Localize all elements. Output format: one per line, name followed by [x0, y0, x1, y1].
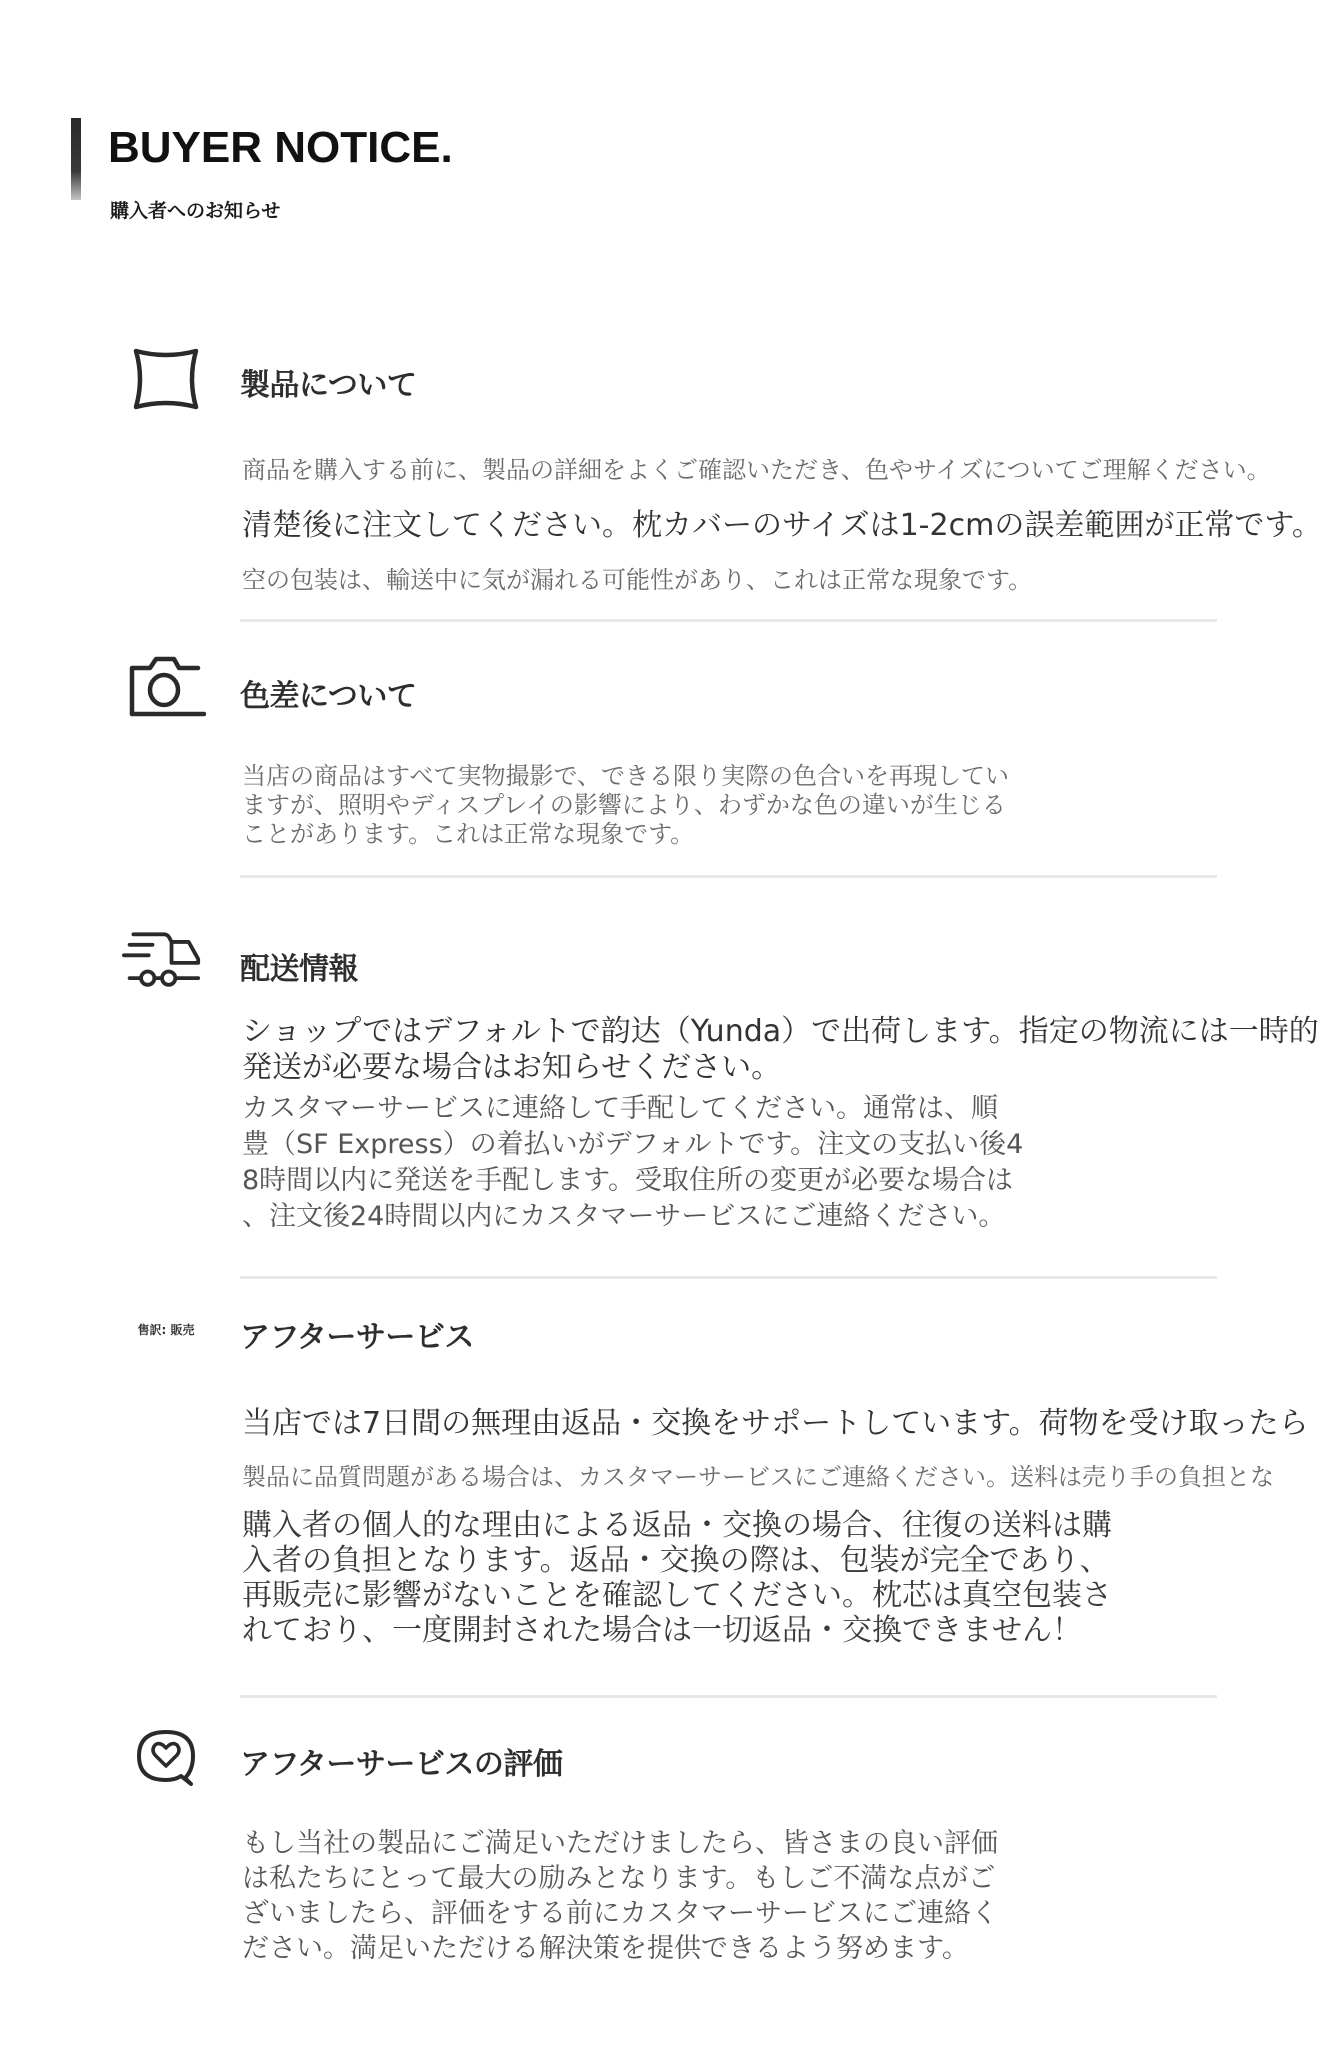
shipping-note-line-2: 豊（SF Express）の着払いがデフォルトです。注文の支払い後4: [242, 1127, 1023, 1162]
review-note-line-3: ざいましたら、評価をする前にカスタマーサービスにご連絡く: [242, 1896, 998, 1931]
section-title-shipping: 配送情報: [240, 944, 358, 988]
section-title-review: アフターサービスの評価: [240, 1739, 562, 1783]
after-sales-note-large: 当店では7日間の無理由返品・交換をサポートしています。荷物を受け取ったら: [242, 1398, 1309, 1442]
after-sales-icon: 售訳: 販売: [126, 1294, 206, 1364]
section-divider: [240, 875, 1217, 878]
shipping-note-large-2: 発送が必要な場合はお知らせください。: [242, 1050, 781, 1085]
page-title: BUYER NOTICE.: [108, 122, 453, 174]
section-divider: [240, 619, 1217, 622]
delivery-truck-icon: [122, 926, 202, 996]
section-title-after-sales: アフターサービス: [240, 1312, 474, 1356]
header-accent-bar: [71, 118, 81, 200]
section-divider: [240, 1276, 1217, 1279]
shipping-note-large-1: ショップではデフォルトで韵达（Yunda）で出荷します。指定の物流には一時的: [242, 1014, 1319, 1049]
after-sales-note-line-3: 再販売に影響がないことを確認してください。枕芯は真空包装さ: [242, 1578, 1112, 1613]
after-sales-note-small: 製品に品質問題がある場合は、カスタマーサービスにご連絡ください。送料は売り手の負…: [242, 1457, 1274, 1492]
section-divider: [240, 1695, 1217, 1698]
pillow-icon: [126, 344, 206, 414]
section-title-product: 製品について: [240, 360, 416, 404]
section-title-color-difference: 色差について: [240, 671, 416, 715]
heart-chat-icon: [126, 1722, 206, 1792]
color-note-line-3: ことがあります。これは正常な現象です。: [242, 820, 694, 849]
shipping-note-line-1: カスタマーサービスに連絡して手配してください。通常は、順: [242, 1091, 998, 1126]
shipping-note-line-4: 、注文後24時間以内にカスタマーサービスにご連絡ください。: [242, 1199, 1005, 1234]
product-note-line-2: 清楚後に注文してください。枕カバーのサイズは1-2cmの誤差範囲が正常です。: [242, 500, 1322, 544]
review-note-line-4: ださい。満足いただける解決策を提供できるよう努めます。: [242, 1931, 969, 1966]
page-subtitle: 購入者へのお知らせ: [110, 196, 280, 223]
camera-icon: [126, 652, 206, 722]
product-note-line-3: 空の包装は、輸送中に気が漏れる可能性があり、これは正常な現象です。: [242, 560, 1032, 595]
after-sales-note-line-2: 入者の負担となります。返品・交換の際は、包装が完全であり、: [242, 1543, 1110, 1578]
after-sales-note-line-1: 購入者の個人的な理由による返品・交換の場合、往復の送料は購: [242, 1508, 1112, 1543]
after-sales-icon-label: 售訳: 販売: [138, 1321, 195, 1338]
product-note-line-1: 商品を購入する前に、製品の詳細をよくご確認いただき、色やサイズについてご理解くだ…: [242, 450, 1271, 485]
color-note-line-1: 当店の商品はすべて実物撮影で、できる限り実際の色合いを再現してい: [242, 762, 1009, 791]
color-note-line-2: ますが、照明やディスプレイの影響により、わずかな色の違いが生じる: [242, 791, 1006, 820]
review-note-line-1: もし当社の製品にご満足いただけましたら、皆さまの良い評価: [242, 1826, 998, 1861]
review-note-line-2: は私たちにとって最大の励みとなります。もしご不満な点がご: [242, 1861, 995, 1896]
after-sales-note-line-4: れており、一度開封された場合は一切返品・交換できません！: [242, 1613, 1082, 1648]
shipping-note-line-3: 8時間以内に発送を手配します。受取住所の変更が必要な場合は: [242, 1163, 1013, 1198]
